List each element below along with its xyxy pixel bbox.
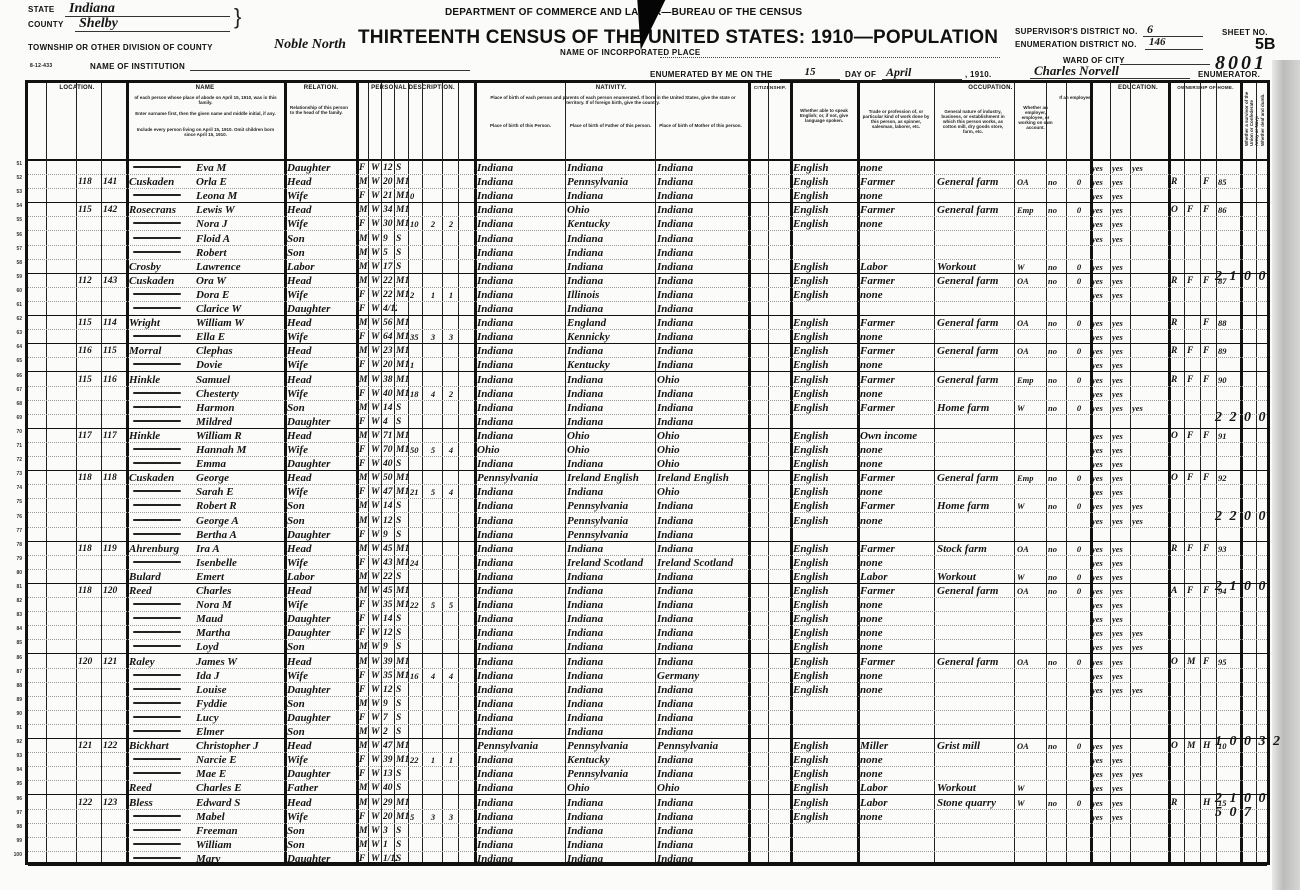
age: 64 (383, 330, 397, 344)
birthplace: Indiana (477, 485, 565, 499)
relation: Head (287, 542, 355, 556)
owned-rented (1171, 852, 1185, 866)
relation: Head (287, 316, 355, 330)
marital-status: S (396, 514, 410, 528)
children-living: 2 (444, 387, 458, 401)
marital-status: S (396, 161, 410, 175)
father-birthplace: Indiana (567, 796, 655, 810)
can-read: yes (1092, 753, 1110, 767)
race: W (371, 598, 381, 612)
mother-birthplace: Indiana (657, 175, 747, 189)
line-number: 76 (2, 514, 22, 520)
can-read: yes (1092, 796, 1110, 810)
birthplace: Indiana (477, 542, 565, 556)
table-row: 115 142 Rosecrans Lewis W Head M W 34 M1… (28, 203, 1267, 217)
family-number (103, 556, 125, 570)
birthplace: Indiana (477, 711, 565, 725)
dwelling-number (78, 852, 100, 866)
children-living (444, 344, 458, 358)
age: 9 (383, 232, 397, 246)
relation: Head (287, 274, 355, 288)
age: 70 (383, 443, 397, 457)
owned-rented (1171, 711, 1185, 725)
line-number: 89 (2, 697, 22, 703)
weeks-out (1070, 824, 1088, 838)
farm-schedule (1218, 528, 1240, 542)
children-living (444, 796, 458, 810)
sex: F (359, 528, 369, 542)
weeks-out (1070, 640, 1088, 654)
mother-birthplace: Indiana (657, 640, 747, 654)
given-name: Sarah E (196, 485, 284, 499)
language: English (793, 669, 857, 683)
father-birthplace: Indiana (567, 387, 655, 401)
employer-class (1017, 443, 1045, 457)
sex: F (359, 217, 369, 231)
birthplace: Indiana (477, 838, 565, 852)
race: W (371, 485, 381, 499)
marital-status: M1 (396, 753, 410, 767)
out-of-work (1048, 443, 1066, 457)
attended-school: yes (1132, 401, 1150, 415)
employer-class: W (1017, 796, 1045, 810)
children-born (426, 373, 440, 387)
out-of-work: no (1048, 373, 1066, 387)
family-number (103, 260, 125, 274)
sex: F (359, 683, 369, 697)
father-birthplace: Indiana (567, 302, 655, 316)
birthplace: Indiana (477, 373, 565, 387)
marital-status: S (396, 457, 410, 471)
owned-rented (1171, 838, 1185, 852)
birthplace: Indiana (477, 344, 565, 358)
free-mortgaged (1187, 175, 1201, 189)
farm-house (1203, 485, 1217, 499)
table-row: Eva M Daughter F W 12 S Indiana Indiana … (28, 161, 1267, 175)
attended-school (1132, 457, 1150, 471)
can-read: yes (1092, 683, 1110, 697)
ward-line (1120, 64, 1210, 65)
out-of-work: no (1048, 570, 1066, 584)
table-row: Ella E Wife F W 64 M1 35 3 3 Indiana Ken… (28, 330, 1267, 344)
children-living (444, 232, 458, 246)
farm-house: F (1203, 316, 1217, 330)
language (793, 838, 857, 852)
mother-birthplace: Indiana (657, 655, 747, 669)
occ-trade-desc: Trade or profession of, or particular ki… (862, 109, 930, 129)
industry (937, 217, 1014, 231)
children-living (444, 781, 458, 795)
years-married (410, 274, 424, 288)
children-living (444, 514, 458, 528)
farm-house: F (1203, 175, 1217, 189)
farm-schedule (1218, 711, 1240, 725)
surname (129, 683, 195, 697)
census-table: LOCATION. NAME of each person whose plac… (25, 80, 1270, 865)
industry (937, 753, 1014, 767)
farm-schedule (1218, 387, 1240, 401)
years-married (410, 570, 424, 584)
owned-rented: R (1171, 344, 1185, 358)
mother-birthplace: Indiana (657, 753, 747, 767)
out-of-work (1048, 640, 1066, 654)
trade: Farmer (860, 471, 934, 485)
trade (860, 824, 934, 838)
free-mortgaged (1187, 810, 1201, 824)
race: W (371, 542, 381, 556)
family-number (103, 570, 125, 584)
industry (937, 767, 1014, 781)
children-born (426, 739, 440, 753)
children-living: 2 (444, 217, 458, 231)
nativity-person: Place of birth of this Person. (478, 123, 563, 128)
children-born (426, 246, 440, 260)
trade (860, 697, 934, 711)
ditto-dash (133, 561, 181, 563)
line-number: 77 (2, 528, 22, 534)
line-number: 63 (2, 330, 22, 336)
relation: Wife (287, 669, 355, 683)
free-mortgaged (1187, 626, 1201, 640)
years-married (410, 640, 424, 654)
sex: M (359, 401, 369, 415)
given-name: Elmer (196, 725, 284, 739)
weeks-out (1070, 387, 1088, 401)
dwelling-number (78, 499, 100, 513)
relation: Wife (287, 288, 355, 302)
surname (129, 669, 195, 683)
farm-schedule (1218, 824, 1240, 838)
can-read: yes (1092, 316, 1110, 330)
farm-house (1203, 443, 1217, 457)
years-married (410, 655, 424, 669)
relation: Daughter (287, 683, 355, 697)
owned-rented (1171, 570, 1185, 584)
dwelling-number (78, 683, 100, 697)
out-of-work (1048, 824, 1066, 838)
line-number: 85 (2, 640, 22, 646)
years-married (410, 584, 424, 598)
can-read: yes (1092, 471, 1110, 485)
mother-birthplace: Ireland English (657, 471, 747, 485)
free-mortgaged (1187, 683, 1201, 697)
trade: none (860, 457, 934, 471)
language: English (793, 626, 857, 640)
can-write: yes (1112, 471, 1130, 485)
given-name: Emma (196, 457, 284, 471)
sex: F (359, 443, 369, 457)
owned-rented (1171, 260, 1185, 274)
surname (129, 302, 195, 316)
years-married (410, 626, 424, 640)
line-number: 58 (2, 260, 22, 266)
can-write: yes (1112, 542, 1130, 556)
mother-birthplace: Germany (657, 669, 747, 683)
given-name: Mabel (196, 810, 284, 824)
farm-house (1203, 612, 1217, 626)
out-of-work (1048, 556, 1066, 570)
farm-house (1203, 387, 1217, 401)
age: 45 (383, 584, 397, 598)
free-mortgaged (1187, 260, 1201, 274)
mother-birthplace: Indiana (657, 838, 747, 852)
children-living (444, 471, 458, 485)
given-name: Mildred (196, 415, 284, 429)
can-read: yes (1092, 175, 1110, 189)
marital-status: S (396, 528, 410, 542)
language (793, 824, 857, 838)
relation: Daughter (287, 711, 355, 725)
table-row: Fyddie Son M W 9 S Indiana Indiana India… (28, 697, 1267, 711)
years-married (410, 838, 424, 852)
age: 22 (383, 274, 397, 288)
dwelling-number (78, 753, 100, 767)
surname (129, 626, 195, 640)
employer-class: OA (1017, 344, 1045, 358)
father-birthplace: Ireland Scotland (567, 556, 655, 570)
table-row: 121 122 Bickhart Christopher J Head M W … (28, 739, 1267, 753)
birthplace: Pennsylvania (477, 471, 565, 485)
race: W (371, 570, 381, 584)
attended-school (1132, 232, 1150, 246)
given-name: Isenbelle (196, 556, 284, 570)
employer-class (1017, 217, 1045, 231)
children-living (444, 852, 458, 866)
trade: Own income (860, 429, 934, 443)
attended-school: yes (1132, 499, 1150, 513)
sex: M (359, 429, 369, 443)
group-personal: PERSONAL DESCRIPTION. (358, 85, 468, 91)
children-born: 3 (426, 810, 440, 824)
can-write: yes (1112, 387, 1130, 401)
language: English (793, 767, 857, 781)
weeks-out (1070, 485, 1088, 499)
employer-class (1017, 725, 1045, 739)
sex: F (359, 189, 369, 203)
given-name: Clephas (196, 344, 284, 358)
father-birthplace: Indiana (567, 852, 655, 866)
owned-rented (1171, 189, 1185, 203)
children-born: 4 (426, 669, 440, 683)
age: 38 (383, 373, 397, 387)
attended-school (1132, 203, 1150, 217)
sex: M (359, 570, 369, 584)
dwelling-number (78, 640, 100, 654)
age: 39 (383, 655, 397, 669)
employer-class (1017, 330, 1045, 344)
age: 12 (383, 161, 397, 175)
owned-rented: R (1171, 542, 1185, 556)
dwelling-number (78, 767, 100, 781)
relation: Head (287, 373, 355, 387)
mother-birthplace: Indiana (657, 415, 747, 429)
given-name: Narcie E (196, 753, 284, 767)
enumerator-name: Charles Norvell (1030, 64, 1190, 79)
employer-class (1017, 556, 1045, 570)
margin-code: 2 2 0 0 (1215, 509, 1268, 525)
trade (860, 528, 934, 542)
language (793, 725, 857, 739)
line-number: 55 (2, 217, 22, 223)
attended-school (1132, 669, 1150, 683)
dwelling-number (78, 669, 100, 683)
farm-schedule (1218, 189, 1240, 203)
free-mortgaged: F (1187, 429, 1201, 443)
years-married (410, 302, 424, 316)
industry (937, 288, 1014, 302)
children-born (426, 232, 440, 246)
relation: Head (287, 796, 355, 810)
dwelling-number (78, 598, 100, 612)
sex: F (359, 711, 369, 725)
sex: M (359, 838, 369, 852)
weeks-out (1070, 612, 1088, 626)
table-row: Louise Daughter F W 12 S Indiana Indiana… (28, 683, 1267, 697)
industry: General farm (937, 175, 1014, 189)
stamp-number: 8001 (1215, 52, 1267, 75)
marital-status: M1 (396, 485, 410, 499)
birthplace: Indiana (477, 457, 565, 471)
can-read: yes (1092, 443, 1110, 457)
owned-rented (1171, 753, 1185, 767)
employer-class: OA (1017, 655, 1045, 669)
children-born (426, 852, 440, 866)
can-write: yes (1112, 316, 1130, 330)
years-married: 10 (410, 217, 424, 231)
can-read: yes (1092, 640, 1110, 654)
farm-house (1203, 598, 1217, 612)
father-birthplace: Indiana (567, 612, 655, 626)
ditto-dash (133, 857, 181, 859)
birthplace: Indiana (477, 584, 565, 598)
trade: Labor (860, 796, 934, 810)
sex: F (359, 330, 369, 344)
mother-birthplace: Indiana (657, 499, 747, 513)
birthplace: Indiana (477, 330, 565, 344)
free-mortgaged (1187, 528, 1201, 542)
father-birthplace: Pennsylvania (567, 175, 655, 189)
years-married (410, 429, 424, 443)
language: English (793, 344, 857, 358)
farm-schedule (1218, 753, 1240, 767)
attended-school (1132, 739, 1150, 753)
free-mortgaged: F (1187, 373, 1201, 387)
out-of-work: no (1048, 316, 1066, 330)
years-married (410, 161, 424, 175)
employer-class (1017, 514, 1045, 528)
industry (937, 161, 1014, 175)
dwelling-number (78, 528, 100, 542)
age: 2 (383, 725, 397, 739)
ditto-dash (133, 166, 181, 168)
birthplace: Indiana (477, 189, 565, 203)
sex: F (359, 753, 369, 767)
birthplace: Indiana (477, 274, 565, 288)
mother-birthplace: Indiana (657, 189, 747, 203)
industry (937, 443, 1014, 457)
children-living: 4 (444, 485, 458, 499)
mother-birthplace: Indiana (657, 344, 747, 358)
surname (129, 217, 195, 231)
children-born (426, 683, 440, 697)
children-living (444, 260, 458, 274)
given-name: Emert (196, 570, 284, 584)
supervisor-label: Supervisor's District No. (1015, 27, 1138, 36)
trade: Farmer (860, 175, 934, 189)
family-number (103, 697, 125, 711)
surname (129, 810, 195, 824)
language: English (793, 499, 857, 513)
surname: Raley (129, 655, 195, 669)
birthplace: Indiana (477, 260, 565, 274)
owned-rented: R (1171, 373, 1185, 387)
age: 12 (383, 626, 397, 640)
marital-status: M1 (396, 358, 410, 372)
page-title: THIRTEENTH CENSUS OF THE UNITED STATES: … (358, 27, 998, 49)
children-born (426, 358, 440, 372)
family-number (103, 288, 125, 302)
out-of-work: no (1048, 203, 1066, 217)
relation: Head (287, 655, 355, 669)
farm-house (1203, 838, 1217, 852)
father-birthplace: Pennsylvania (567, 739, 655, 753)
free-mortgaged (1187, 767, 1201, 781)
children-born (426, 584, 440, 598)
father-birthplace: Indiana (567, 485, 655, 499)
margin-code: 2 1 0 0 (1215, 579, 1268, 595)
birthplace: Indiana (477, 387, 565, 401)
industry (937, 189, 1014, 203)
family-number (103, 415, 125, 429)
trade: Miller (860, 739, 934, 753)
children-living (444, 711, 458, 725)
weeks-out (1070, 556, 1088, 570)
farm-schedule: 90 (1218, 373, 1240, 387)
surname (129, 612, 195, 626)
sex: F (359, 598, 369, 612)
children-born: 5 (426, 443, 440, 457)
marital-status: S (396, 499, 410, 513)
family-number (103, 457, 125, 471)
race: W (371, 471, 381, 485)
free-mortgaged (1187, 415, 1201, 429)
can-read: yes (1092, 288, 1110, 302)
can-write: yes (1112, 584, 1130, 598)
weeks-out: 0 (1070, 316, 1088, 330)
farm-schedule (1218, 852, 1240, 866)
sex: M (359, 471, 369, 485)
farm-schedule (1218, 302, 1240, 316)
given-name: Chesterty (196, 387, 284, 401)
father-birthplace: Indiana (567, 189, 655, 203)
birthplace: Indiana (477, 810, 565, 824)
form-number: 8-12-433 (30, 63, 52, 69)
industry (937, 711, 1014, 725)
father-birthplace: Indiana (567, 344, 655, 358)
father-birthplace: Kentucky (567, 753, 655, 767)
industry: General farm (937, 655, 1014, 669)
can-read: yes (1092, 810, 1110, 824)
race: W (371, 683, 381, 697)
children-living (444, 302, 458, 316)
children-living (444, 274, 458, 288)
state-value: Indiana (65, 2, 230, 17)
mother-birthplace: Ohio (657, 373, 747, 387)
surname: Rosecrans (129, 203, 195, 217)
marital-status: S (396, 697, 410, 711)
department-heading: DEPARTMENT OF COMMERCE AND LABOR—BUREAU … (445, 7, 802, 18)
employer-class (1017, 612, 1045, 626)
